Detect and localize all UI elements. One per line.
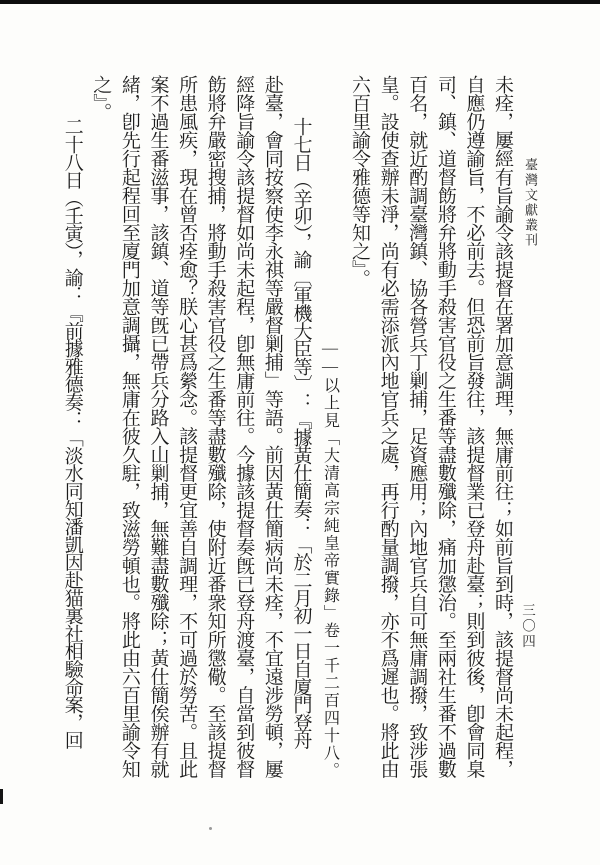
entry-start-column: 二十八日（壬寅），諭：『前據雅德奏：「淡水同知潘凱因赴猫裏社相驗命案，回 (57, 75, 86, 811)
top-scan-edge-artifact (0, 0, 600, 4)
scanned-book-page: 臺灣文獻叢刊 三〇四 未痊，屢經有旨諭令該提督在署加意調理，無庸前往；如前旨到時… (0, 0, 600, 865)
series-title: 臺灣文獻叢刊 (521, 158, 540, 248)
text-column: 緒，卽先行起程回至廈門加意調攝，無庸在彼久駐，致滋勞頓也。將此由六百里諭令知 (114, 75, 143, 811)
source-attribution-line: ——以上見「大清高宗純皇帝實錄」卷一千二百四十八。 (314, 75, 344, 811)
scan-speck-artifact (209, 827, 212, 830)
left-scan-edge-artifact (0, 789, 3, 804)
text-column: 經降旨諭令該提督如尚未起程，卽無庸前往。今據該提督奏旣已登舟渡臺，自當到彼督 (229, 75, 258, 811)
text-column: 自應仍遵諭旨，不必前去。但恐前旨發往，該提督業已登舟赴臺；則到彼後，卽會同臬 (459, 75, 488, 811)
text-column: 皇。設使查辦未淨，尚有必需添派內地官兵之處，再行酌量調撥，亦不爲遲也。將此由 (373, 75, 402, 811)
text-column: 六百里諭令雅德等知之』。 (344, 75, 373, 811)
page-number: 三〇四 (517, 603, 537, 650)
text-column: 赴臺，會同按察使李永祺等嚴督剿捕」等語。前因黃仕簡病尚未痊，不宜遠涉勞頓，屢 (257, 75, 286, 811)
text-column: 之』。 (86, 75, 115, 811)
main-text-area: 未痊，屢經有旨諭令該提督在署加意調理，無庸前往；如前旨到時，該提督尚未起程，自應… (57, 75, 516, 811)
text-column: 未痊，屢經有旨諭令該提督在署加意調理，無庸前往；如前旨到時，該提督尚未起程， (487, 75, 516, 811)
text-column: 飭將弁嚴密搜捕，將動手殺害官役之生番等盡數殲除，使附近番衆知所懲儆。至該提督 (200, 75, 229, 811)
entry-start-column: 十七日（辛卯），諭〔軍機大臣等〕：『據黃仕簡奏：「於二月初一日自廈門登舟 (286, 75, 315, 811)
text-column: 百名，就近酌調臺灣鎮、協各營兵丁剿捕，足資應用；內地官兵自可無庸調撥，致涉張 (402, 75, 431, 811)
text-column: 案不過生番滋事，該鎮、道等旣已帶兵分路入山剿捕，無難盡數殲除；黃仕簡俟辦有就 (143, 75, 172, 811)
text-column: 所患風疾，現在曾否痊愈？朕心甚爲縈念。該提督更宜善自調理，不可過於勞苦。且此 (171, 75, 200, 811)
text-column: 司、鎮、道督飭將弁將動手殺害官役之生番等盡數殲除，痛加懲治。至兩社生番不過數 (430, 75, 459, 811)
